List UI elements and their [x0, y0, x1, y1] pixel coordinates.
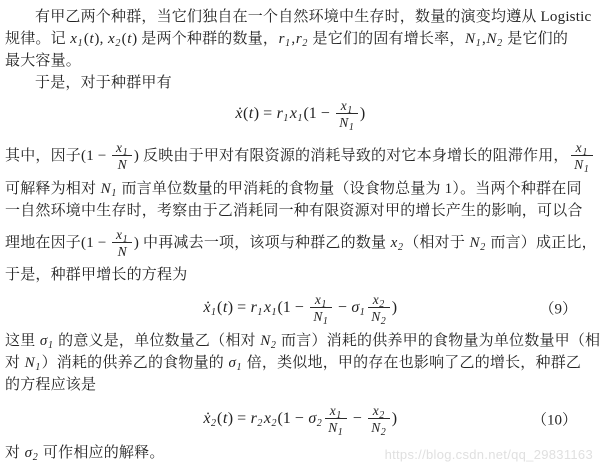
text-run: ) — [392, 410, 397, 427]
document-page: 有甲乙两个种群，当它们独自在一个自然环境中生存时，数量的演变均遵从 Logist… — [0, 0, 600, 470]
math-subscript: 1 — [360, 307, 366, 318]
fraction: x1N1 — [571, 140, 593, 173]
fraction-denominator: N — [112, 155, 131, 173]
math-var: N — [100, 181, 111, 197]
math-var: N — [371, 309, 381, 324]
paragraph-3-line-4: 理地在因子(1 − x1N) 中再减去一项，该项与种群乙的数量 x2（相对于 N… — [5, 222, 595, 264]
fraction-denominator: N2 — [368, 418, 390, 436]
text-run: 而言单位数量的甲消耗的食物量（设食物总量为 1）。当两个种群在同 — [118, 181, 582, 197]
fraction-numerator: x2 — [368, 403, 390, 418]
math-var: x — [390, 235, 398, 251]
fraction-denominator: N2 — [368, 307, 390, 325]
paragraph-4-line-3: 的方程应该是 — [5, 374, 595, 396]
text-run: ) = — [228, 299, 250, 316]
text-run: 于是，种群甲增长的方程为 — [5, 267, 187, 283]
equation-10-body: ẋ2(t) = r2x2(1 − σ2x1N1 − x2N2) — [203, 400, 397, 438]
fraction: x2N2 — [368, 292, 390, 325]
math-subscript: 1 — [323, 316, 329, 327]
math-subscript: 2 — [381, 427, 387, 438]
text-run: 规律。记 — [5, 31, 70, 47]
paragraph-4-line-1: 这里 σ1 的意义是，单位数量乙（相对 N2 而言）消耗的供养甲的食物量为单位数… — [5, 330, 595, 352]
fraction-denominator: N1 — [336, 113, 358, 131]
equation-9-body: ẋ1(t) = r1x1(1 − x1N1 − σ1x2N2) — [203, 289, 397, 327]
equation-9: ẋ1(t) = r1x1(1 − x1N1 − σ1x2N2) （9） — [5, 286, 595, 330]
fraction-numerator: x1 — [336, 98, 358, 113]
fraction: x1N — [112, 227, 131, 260]
paragraph-3-line-2: 可解释为相对 N1 而言单位数量的甲消耗的食物量（设食物总量为 1）。当两个种群… — [5, 178, 595, 200]
math-subscript: 1 — [349, 122, 355, 133]
text-run: 的方程应该是 — [5, 377, 96, 393]
text-run: − — [334, 299, 351, 316]
math-var: x — [115, 227, 122, 242]
paragraph-3-line-3: 一自然环境中生存时，考察由于乙消耗同一种有限资源对甲的增长产生的影响，可以合 — [5, 200, 595, 222]
paragraph-1-line-3: 最大容量。 — [5, 50, 595, 72]
text-run: (1 − — [277, 410, 307, 427]
math-var: N — [260, 333, 271, 349]
math-var: ẋ — [203, 299, 211, 316]
math-var: N — [465, 31, 476, 47]
math-subscript: 1 — [338, 427, 344, 438]
text-run: ) 反映由于甲对有限资源的消耗导致的对它本身增长的阻滞作用， — [134, 148, 569, 164]
equation-9-number: （9） — [539, 298, 577, 319]
fraction-numerator: x1 — [325, 403, 347, 418]
text-run: 对 — [5, 445, 24, 461]
text-run: 其中，因子(1 − — [5, 148, 110, 164]
text-run: 的意义是，单位数量乙（相对 — [54, 333, 260, 349]
math-var: ẋ — [235, 105, 243, 122]
math-var: σ — [24, 445, 33, 461]
watermark: https://blog.csdn.net/qq_29831163 — [385, 447, 593, 462]
text-run: 于是，对于种群甲有 — [35, 75, 172, 91]
fraction: x1N — [112, 140, 131, 173]
fraction-numerator: x1 — [112, 140, 131, 155]
paragraph-2-line-1: 于是，对于种群甲有 — [5, 72, 595, 94]
math-subscript: 1 — [584, 164, 590, 175]
text-run: (1 − — [303, 105, 333, 122]
math-var: N — [117, 244, 127, 259]
text-run: 而言）消耗的供养甲的食物量为单位数量甲（相 — [277, 333, 600, 349]
text-run: 是它们的 — [503, 31, 568, 47]
fraction: x2N2 — [368, 403, 390, 436]
fraction-numerator: x2 — [368, 292, 390, 307]
fraction: x1N1 — [336, 98, 358, 131]
equation-logistic: ẋ(t) = r1x1(1 − x1N1) — [5, 94, 595, 134]
text-run: 可解释为相对 — [5, 181, 100, 197]
equation-10: ẋ2(t) = r2x2(1 − σ2x1N1 − x2N2) （10） — [5, 396, 595, 442]
math-subscript: 2 — [317, 418, 323, 429]
math-var: x — [115, 140, 122, 155]
text-run: （相对于 — [404, 235, 469, 251]
math-var: N — [486, 31, 497, 47]
math-var: σ — [351, 299, 360, 316]
fraction-denominator: N1 — [571, 155, 593, 173]
fraction-denominator: N — [112, 242, 131, 260]
text-run: ( — [122, 31, 127, 47]
text-run: 而言）成正比， — [486, 235, 596, 251]
text-run: ) = — [254, 105, 276, 122]
text-run: 最大容量。 — [5, 53, 81, 69]
math-var: σ — [39, 333, 48, 349]
paragraph-1-line-2: 规律。记 x1(t), x2(t) 是两个种群的数量，r1,r2 是它们的固有增… — [5, 28, 595, 50]
math-var: ẋ — [203, 410, 211, 427]
math-var: N — [313, 309, 323, 324]
paragraph-3-line-5: 于是，种群甲增长的方程为 — [5, 264, 595, 286]
text-run: ) = — [228, 410, 250, 427]
text-run: − — [349, 410, 366, 427]
fraction-numerator: x1 — [571, 140, 593, 155]
text-run: 有甲乙两个种群，当它们独自在一个自然环境中生存时，数量的演变均遵从 Logist… — [35, 9, 591, 25]
text-run: ) 中再减去一项，该项与种群乙的数量 — [134, 235, 390, 251]
text-run: ）消耗的供养乙的食物量的 — [42, 355, 228, 371]
fraction-numerator: x1 — [112, 227, 131, 242]
math-var: N — [117, 157, 127, 172]
math-var: N — [371, 420, 381, 435]
text-run: ) 是两个种群的数量， — [132, 31, 278, 47]
paragraph-4-line-2: 对 N1）消耗的供养乙的食物量的 σ1 倍，类似地，甲的存在也影响了乙的增长，种… — [5, 352, 595, 374]
text-run: 一自然环境中生存时，考察由于乙消耗同一种有限资源对甲的增长产生的影响，可以合 — [5, 203, 583, 219]
text-run: ) — [360, 105, 365, 122]
text-run: ), — [94, 31, 107, 47]
text-run: 倍，类似地，甲的存在也影响了乙的增长，种群乙 — [243, 355, 581, 371]
math-var: σ — [308, 410, 317, 427]
text-run: (1 − — [277, 299, 307, 316]
math-var: σ — [228, 355, 237, 371]
text-run: 可作相应的解释。 — [39, 445, 165, 461]
fraction: x1N1 — [310, 292, 332, 325]
math-var: N — [24, 355, 35, 371]
math-var: N — [574, 157, 584, 172]
fraction-denominator: N1 — [310, 307, 332, 325]
paragraph-3-line-1: 其中，因子(1 − x1N) 反映由于甲对有限资源的消耗导致的对它本身增长的阻滞… — [5, 134, 595, 178]
paragraph-1-line-1: 有甲乙两个种群，当它们独自在一个自然环境中生存时，数量的演变均遵从 Logist… — [5, 6, 595, 28]
math-subscript: 2 — [381, 316, 387, 327]
fraction-denominator: N1 — [325, 418, 347, 436]
text-run: 这里 — [5, 333, 39, 349]
text-run: 理地在因子(1 − — [5, 235, 110, 251]
math-var: N — [469, 235, 480, 251]
equation-10-number: （10） — [532, 409, 577, 430]
equation-logistic-body: ẋ(t) = r1x1(1 − x1N1) — [235, 95, 365, 133]
math-var: N — [328, 420, 338, 435]
text-run: ) — [392, 299, 397, 316]
fraction-numerator: x1 — [310, 292, 332, 307]
math-var: N — [339, 115, 349, 130]
fraction: x1N1 — [325, 403, 347, 436]
text-run: 对 — [5, 355, 24, 371]
text-run: 是它们的固有增长率， — [309, 31, 465, 47]
math-var: x — [70, 31, 78, 47]
